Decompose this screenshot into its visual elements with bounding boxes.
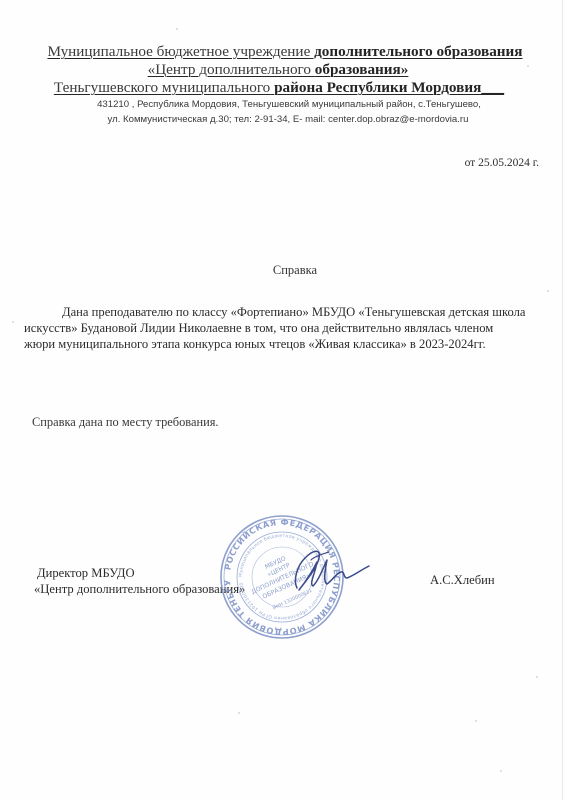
letterhead-line-1-thin: Муниципальное бюджетное учреждение — [47, 43, 310, 60]
letterhead: Муниципальное бюджетное учреждение допол… — [0, 43, 566, 127]
body-line-3: жюри муниципального этапа конкурса юных … — [24, 336, 544, 352]
letterhead-line-3-thin: Теньгушевского муниципального — [54, 79, 270, 96]
letterhead-line-2-bold: образования» — [315, 61, 409, 78]
scan-speck — [176, 28, 178, 30]
scan-speck — [238, 712, 240, 714]
letterhead-line-3-bold: района Республики Мордовия___ — [270, 79, 504, 96]
signer-name: А.С.Хлебин — [430, 573, 495, 588]
purpose-note: Справка дана по месту требования. — [32, 415, 219, 430]
position-line-1: Директор МБУДО — [34, 565, 245, 581]
letterhead-line-2-thin: «Центр дополнительного — [148, 61, 315, 78]
signatory-position: Директор МБУДО «Центр дополнительного об… — [34, 565, 245, 597]
document-page: Муниципальное бюджетное учреждение допол… — [0, 0, 566, 800]
letterhead-line-1: Муниципальное бюджетное учреждение допол… — [4, 43, 566, 61]
scan-speck — [547, 290, 549, 292]
document-title: Справка — [12, 263, 566, 278]
handwritten-signature-icon — [283, 540, 373, 600]
letterhead-line-2: «Центр дополнительного образования» — [0, 61, 566, 79]
scan-speck — [12, 321, 14, 323]
address-line-1: 431210 , Республика Мордовия, Теньгушевс… — [12, 97, 566, 112]
scan-speck — [527, 65, 529, 67]
scan-speck — [475, 720, 477, 722]
body-line-2: искусств» Будановой Лидии Николаевне в т… — [24, 320, 544, 336]
body-line-1: Дана преподавателю по классу «Фортепиано… — [24, 304, 544, 320]
position-line-2: «Центр дополнительного образования» — [34, 581, 245, 597]
address-line-2: ул. Коммунистическая д.30; тел: 2-91-34,… — [10, 112, 566, 127]
letterhead-line-3: Теньгушевского муниципального района Рес… — [0, 79, 566, 97]
letterhead-line-1-bold: дополнительного образования — [310, 43, 522, 60]
scan-speck — [500, 770, 502, 772]
document-date: от 25.05.2024 г. — [465, 157, 539, 169]
certificate-body: Дана преподавателю по классу «Фортепиано… — [24, 304, 544, 352]
scan-speck — [536, 676, 538, 678]
